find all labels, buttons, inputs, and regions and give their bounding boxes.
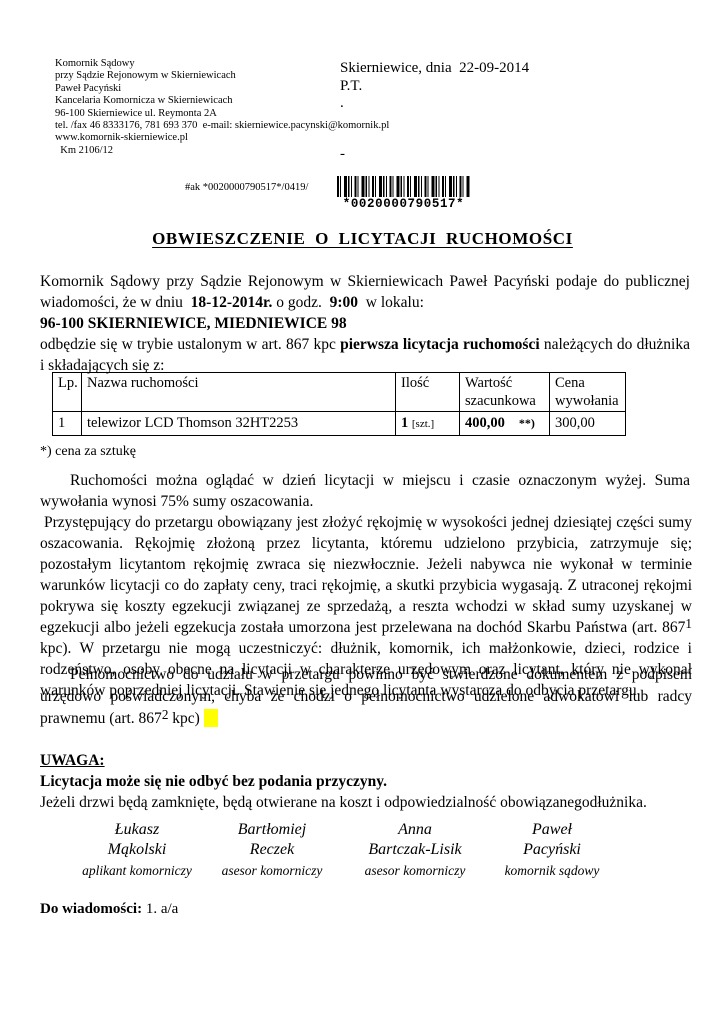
footer-label: Do wiadomości: <box>40 901 142 917</box>
viewing-paragraph: Ruchomości można oglądać w dzień licytac… <box>40 470 690 512</box>
cell-lp: 1 <box>53 412 82 436</box>
sender-line: tel. /fax 46 8333176, 781 693 370 e-mail… <box>55 120 389 132</box>
col-header-lp: Lp. <box>53 373 82 412</box>
document-title: OBWIESZCZENIE O LICYTACJI RUCHOMOŚCI <box>0 229 725 249</box>
auction-items-table: Lp. Nazwa ruchomości Ilość Wartość szacu… <box>52 372 626 436</box>
addressee-dot: . <box>340 95 529 113</box>
signatures-row: Łukasz Mąkolski aplikant komorniczy Bart… <box>0 820 725 890</box>
uwaga-line-1: Licytacja może się nie odbyć bez podania… <box>40 771 692 792</box>
dash-mark: - <box>340 146 345 164</box>
announcement-intro: Komornik Sądowy przy Sądzie Rejonowym w … <box>40 271 690 313</box>
announcement-paragraph: Komornik Sądowy przy Sądzie Rejonowym w … <box>40 271 690 376</box>
document-page: Komornik Sądowy przy Sądzie Rejonowym w … <box>0 0 725 1024</box>
col-header-qty: Ilość <box>396 373 460 412</box>
footer-distribution: Do wiadomości: 1. a/a <box>40 901 178 918</box>
signature-4: Paweł Pacyński komornik sądowy <box>487 820 617 879</box>
cell-price: 300,00 <box>550 412 626 436</box>
table-header-row: Lp. Nazwa ruchomości Ilość Wartość szacu… <box>53 373 626 412</box>
col-header-name: Nazwa ruchomości <box>82 373 396 412</box>
signature-2: Bartłomiej Reczek asesor komorniczy <box>207 820 337 879</box>
date-block: Skierniewice, dnia 22-09-2014 P.T. . <box>340 60 529 113</box>
barcode: *0020000790517* <box>337 176 470 211</box>
footnote-ref-1: 1 <box>685 616 692 631</box>
sender-line: www.komornik-skierniewice.pl <box>55 132 389 144</box>
yellow-highlight <box>204 709 218 727</box>
signature-1: Łukasz Mąkolski aplikant komorniczy <box>72 820 202 879</box>
auction-date: 18-12-2014r. <box>191 294 273 311</box>
cell-value: 400,00**) <box>460 412 550 436</box>
auction-mode: odbędzie się w trybie ustalonym w art. 8… <box>40 334 690 376</box>
uwaga-heading: UWAGA: <box>40 750 692 771</box>
footer-value: 1. a/a <box>142 901 178 917</box>
table-row: 1 telewizor LCD Thomson 32HT2253 1 [szt.… <box>53 412 626 436</box>
uwaga-line-2: Jeżeli drzwi będą zamknięte, będą otwier… <box>40 792 692 813</box>
price-footnote: *) cena za sztukę <box>40 444 136 460</box>
proxy-paragraph: Pełnomocnictwo do udziału w przetargu po… <box>40 664 692 730</box>
cell-item-name: telewizor LCD Thomson 32HT2253 <box>82 412 396 436</box>
auction-location: 96-100 SKIERNIEWICE, MIEDNIEWICE 98 <box>40 313 690 334</box>
ak-reference: #ak *0020000790517*/0419/ <box>185 182 308 193</box>
cell-qty: 1 [szt.] <box>396 412 460 436</box>
col-header-value: Wartość szacunkowa <box>460 373 550 412</box>
col-header-price: Cena wywołania <box>550 373 626 412</box>
auction-time: 9:00 <box>330 294 358 311</box>
barcode-value: *0020000790517* <box>337 197 470 211</box>
uwaga-block: UWAGA: Licytacja może się nie odbyć bez … <box>40 750 692 813</box>
barcode-bars <box>337 176 470 197</box>
date-line: Skierniewice, dnia 22-09-2014 <box>340 60 529 78</box>
addressee: P.T. <box>340 78 529 96</box>
signature-3: Anna Bartczak-Lisik asesor komorniczy <box>340 820 490 879</box>
